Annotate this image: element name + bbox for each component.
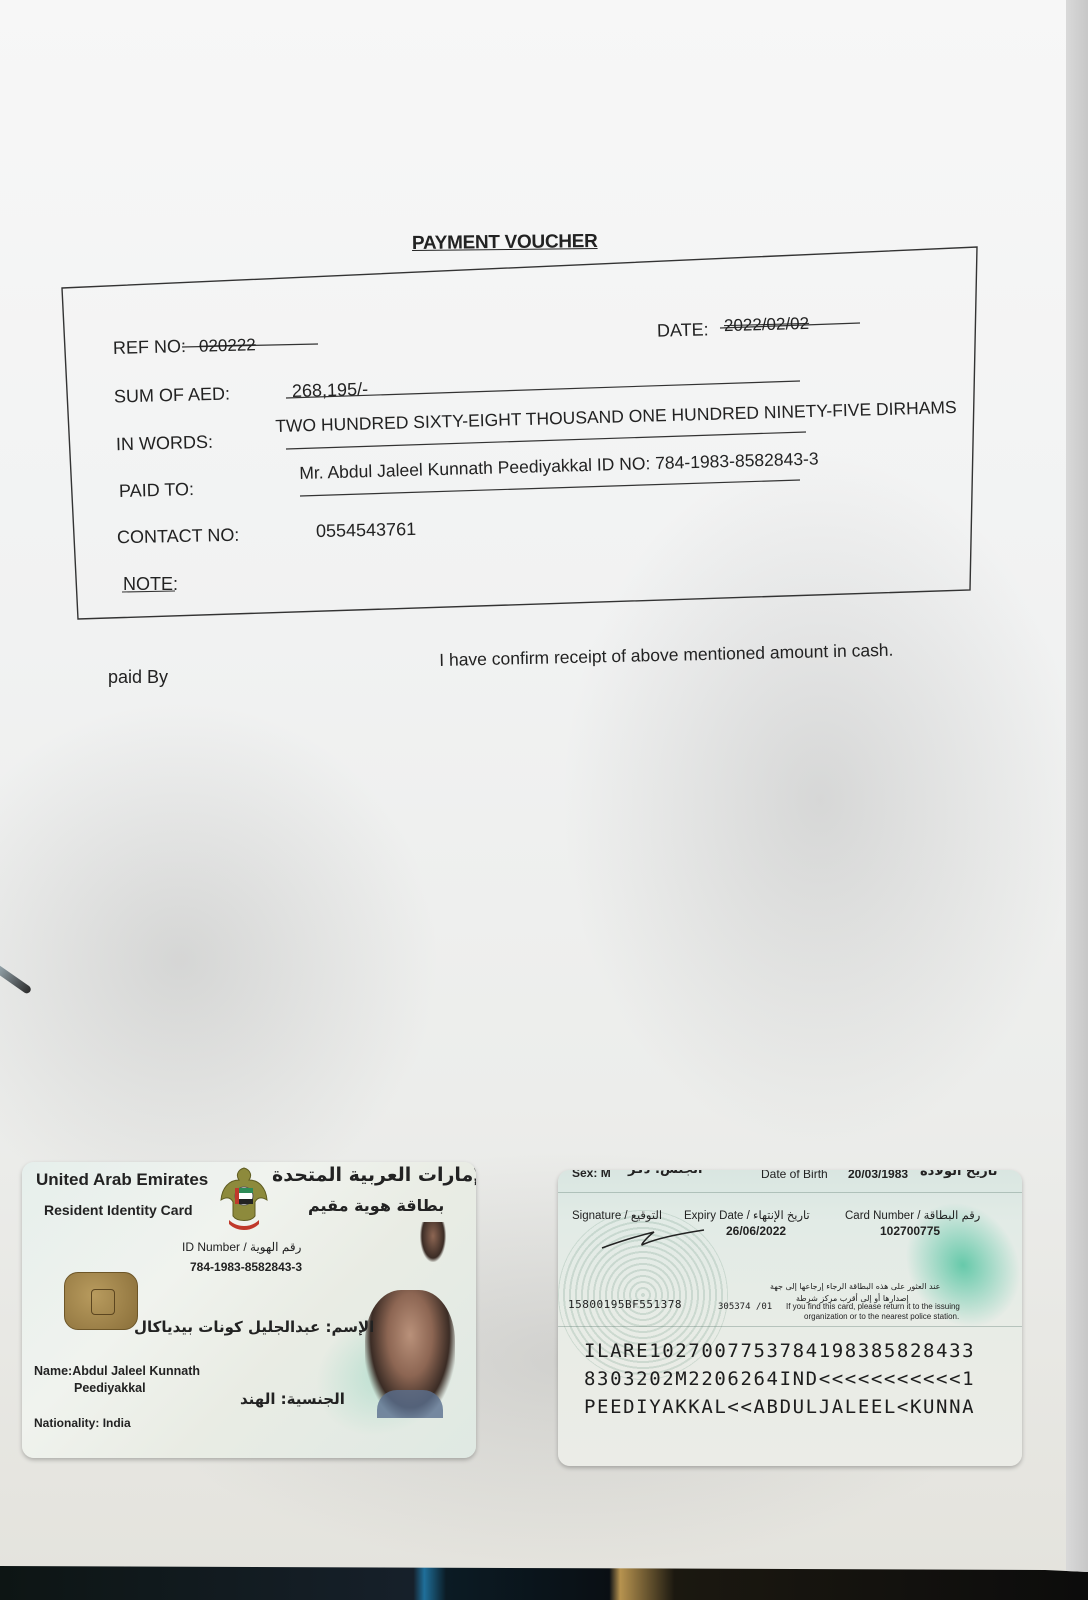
ghost-photo — [420, 1222, 446, 1262]
expiry-label: Expiry Date / تاريخ الإنتهاء — [684, 1208, 810, 1222]
shadow — [0, 700, 440, 1220]
ref-no-value: 020222 — [199, 335, 256, 356]
contact-label: CONTACT NO: — [117, 525, 240, 549]
sex-value: M — [601, 1170, 611, 1180]
divider — [558, 1192, 1022, 1193]
card-country-en: United Arab Emirates — [36, 1170, 208, 1190]
sum-label: SUM OF AED: — [114, 383, 231, 407]
in-words-label: IN WORDS: — [116, 432, 214, 456]
id-card-back: Sex: M الجنس: ذكر Date of Birth 20/03/19… — [558, 1170, 1022, 1466]
holder-signature — [598, 1226, 708, 1256]
pen — [0, 963, 32, 995]
paid-by-label: paid By — [108, 667, 168, 688]
nationality-line: Nationality: India — [34, 1416, 131, 1430]
mrz-line-2: 8303202M2206264IND<<<<<<<<<<<1 — [584, 1368, 975, 1390]
holder-photo — [365, 1290, 455, 1418]
date-label: DATE: — [657, 319, 709, 341]
card-country-ar: دولة الإمارات العربية المتحدة — [272, 1164, 476, 1186]
name-line2: Peediyakkal — [74, 1381, 146, 1395]
paid-to-label: PAID TO: — [119, 479, 195, 502]
nationality-value: India — [103, 1416, 131, 1430]
divider — [558, 1326, 1022, 1327]
sex-label: Sex: — [572, 1170, 597, 1180]
dob-ar: تاريخ الولادة — [920, 1170, 998, 1179]
return-note-en-1: If you find this card, please return it … — [786, 1302, 960, 1311]
uae-falcon-emblem-icon — [219, 1166, 269, 1230]
sex-ar: الجنس: ذكر — [628, 1170, 702, 1177]
id-number-value: 784-1983-8582843-3 — [190, 1260, 302, 1274]
nationality-label: Nationality: — [34, 1416, 99, 1430]
mrz-line-3: PEEDIYAKKAL<<ABDULJALEEL<KUNNA — [584, 1396, 975, 1418]
issue-code: 305374 /01 — [718, 1302, 772, 1312]
nationality-ar: الجنسية: الهند — [240, 1390, 345, 1408]
smartcard-chip-icon — [64, 1272, 138, 1330]
card-serial: 15800195BF551378 — [568, 1298, 682, 1311]
sex-line: Sex: M — [572, 1170, 611, 1180]
note-label: NOTE: — [123, 574, 178, 595]
signature-label: Signature / التوقيع — [572, 1208, 662, 1222]
id-card-front: United Arab Emirates دولة الإمارات العرب… — [22, 1162, 476, 1458]
sum-value: 268,195/- — [292, 379, 369, 402]
voucher-sheet: PAYMENT VOUCHER REF NO: 020222 DATE: 202… — [0, 0, 1088, 1572]
ref-no-label: REF NO: — [113, 336, 187, 359]
return-note-en-2: organization or to the nearest police st… — [804, 1312, 959, 1321]
dob-value: 20/03/1983 — [848, 1170, 908, 1181]
mrz-line-1: ILARE1027007753784198385828433 — [584, 1340, 975, 1362]
card-number-label: Card Number / رقم البطاقة — [845, 1208, 980, 1222]
date-value: 2022/02/02 — [724, 314, 810, 336]
id-number-label: ID Number / رقم الهوية — [182, 1240, 301, 1254]
card-type-ar: بطاقة هوية مقيم — [308, 1196, 444, 1215]
security-pattern — [883, 1181, 1022, 1349]
card-type-en: Resident Identity Card — [44, 1202, 193, 1218]
contact-value: 0554543761 — [316, 519, 417, 542]
name-ar: الإسم: عبدالجليل كونات بيدياكال — [134, 1318, 374, 1336]
dob-label: Date of Birth — [761, 1170, 828, 1181]
name-line1: Abdul Jaleel Kunnath — [72, 1364, 200, 1378]
name-label-text: Name: — [34, 1364, 72, 1378]
return-note-ar-1: عند العثور على هذه البطاقة الرجاء إرجاعه… — [770, 1282, 940, 1291]
name-label: Name:Abdul Jaleel Kunnath — [34, 1364, 200, 1378]
card-number-value: 102700775 — [880, 1224, 940, 1238]
expiry-value: 26/06/2022 — [726, 1224, 786, 1238]
